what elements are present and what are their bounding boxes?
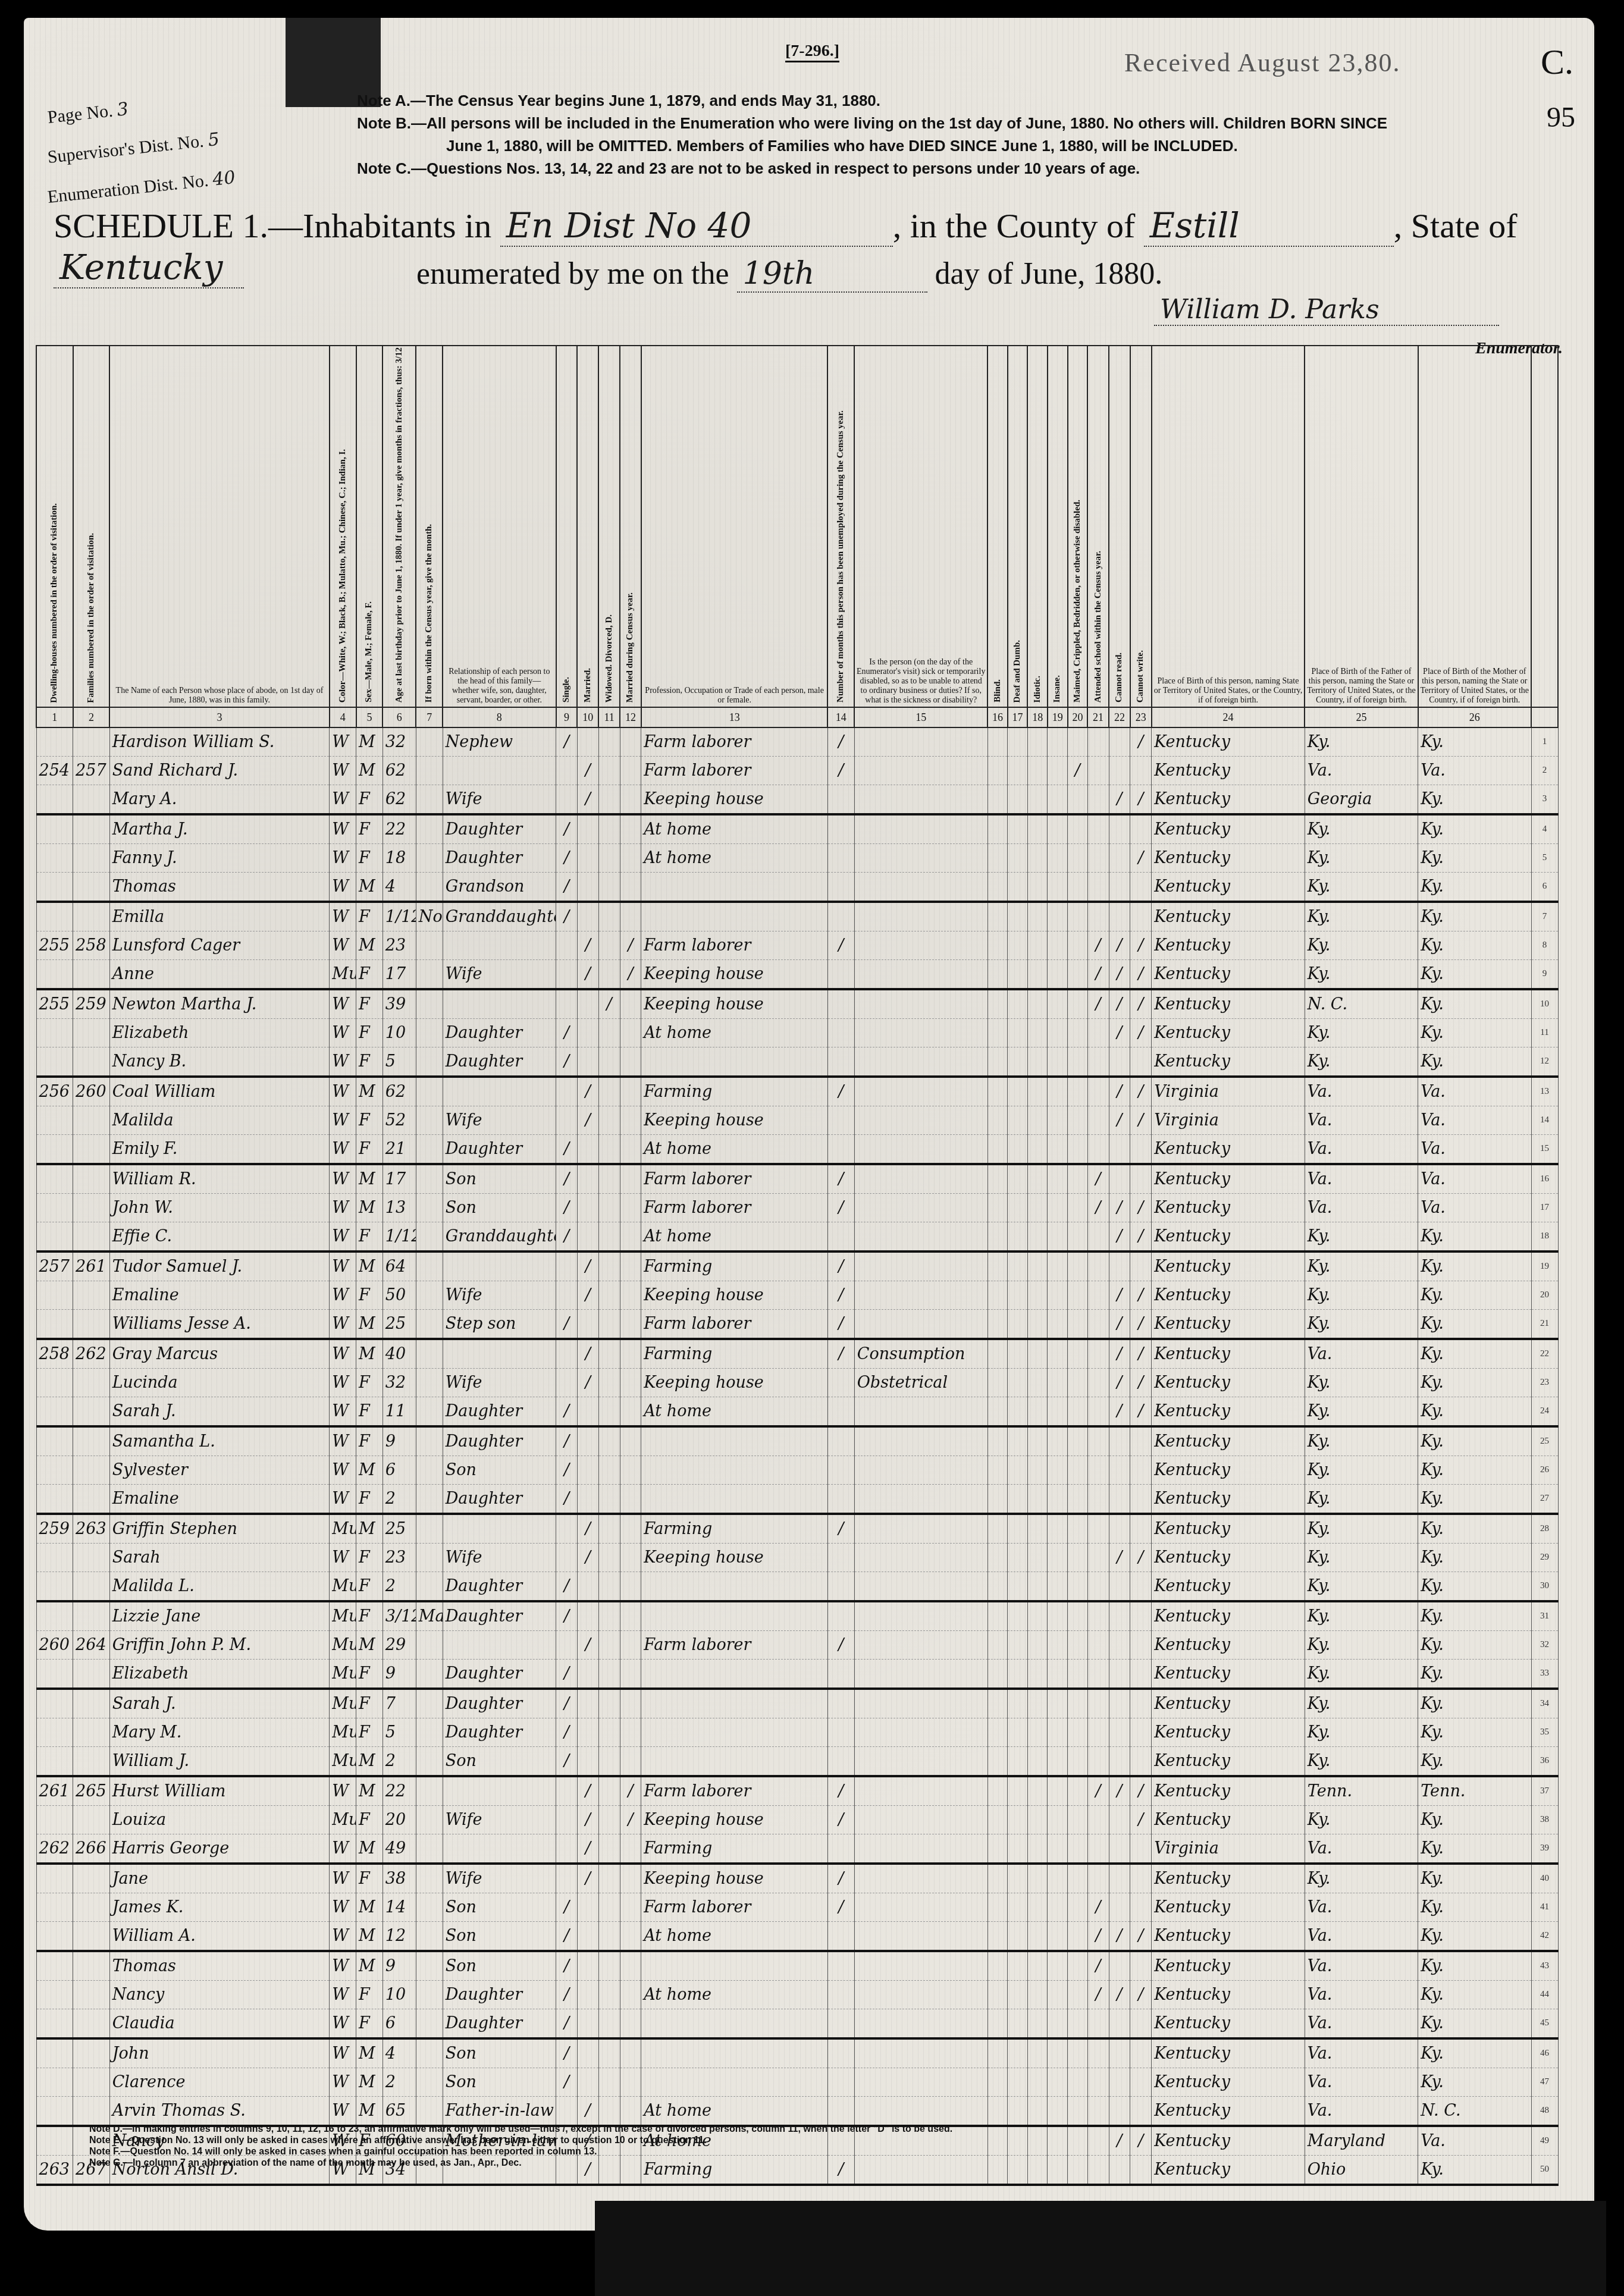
widowed-mark <box>598 960 620 990</box>
dwelling-number <box>36 1019 73 1047</box>
father-birthplace: Ky. <box>1305 1572 1418 1602</box>
married-in-year-mark <box>620 1047 641 1077</box>
months-unemployed <box>827 1718 854 1747</box>
schedule-prefix: SCHEDULE 1.—Inhabitants in <box>54 206 491 245</box>
married-in-year-mark <box>620 1951 641 1981</box>
months-unemployed: / <box>827 1164 854 1194</box>
mother-birthplace: Va. <box>1418 1194 1531 1222</box>
dwelling-number <box>36 960 73 990</box>
married-mark <box>577 1981 598 2009</box>
cannot-write-mark <box>1130 1164 1152 1194</box>
color: W <box>330 1135 356 1165</box>
color: Mu <box>330 1689 356 1718</box>
occupation <box>641 1485 828 1514</box>
blind-mark <box>987 1485 1008 1514</box>
received-stamp: Received August 23,80. <box>1124 48 1400 78</box>
col-header-9: Single. <box>556 346 578 707</box>
occupation: Farm laborer <box>641 931 828 960</box>
person-name: Elizabeth <box>109 1019 330 1047</box>
cannot-write-mark: / <box>1130 844 1152 873</box>
blind-mark <box>987 1572 1008 1602</box>
line-number: 50 <box>1531 2156 1558 2185</box>
cannot-write-mark: / <box>1130 1981 1152 2009</box>
person-name: Fanny J. <box>109 844 330 873</box>
cannot-read-mark: / <box>1109 1019 1130 1047</box>
occupation: Keeping house <box>641 1106 828 1135</box>
cannot-write-mark: / <box>1130 1281 1152 1310</box>
father-birthplace: Ky. <box>1305 1631 1418 1660</box>
line-number: 23 <box>1531 1369 1558 1397</box>
cannot-read-mark <box>1109 1047 1130 1077</box>
single-mark <box>556 1251 578 1281</box>
birthplace: Kentucky <box>1152 844 1305 873</box>
relationship: Daughter <box>443 1689 556 1718</box>
married-mark: / <box>577 1369 598 1397</box>
age: 14 <box>383 1893 416 1922</box>
age: 2 <box>383 1747 416 1777</box>
birth-month <box>416 1951 443 1981</box>
married-in-year-mark <box>620 1426 641 1456</box>
single-mark: / <box>556 1135 578 1165</box>
sickness <box>854 1660 987 1689</box>
relationship <box>443 1514 556 1544</box>
blind-mark <box>987 844 1008 873</box>
idiotic-mark <box>1027 2009 1048 2039</box>
column-number: 7 <box>416 707 443 727</box>
months-unemployed <box>827 1572 854 1602</box>
married-in-year-mark: / <box>620 1776 641 1806</box>
maimed-mark <box>1068 1981 1088 2009</box>
footnote-e: Note E.—Question No. 13 will only be ask… <box>89 2135 952 2146</box>
cannot-read-mark <box>1109 2068 1130 2097</box>
person-name: Nancy <box>109 1981 330 2009</box>
maimed-mark <box>1068 1369 1088 1397</box>
age: 12 <box>383 1922 416 1952</box>
father-birthplace: Va. <box>1305 1951 1418 1981</box>
widowed-mark <box>598 1544 620 1572</box>
school-mark <box>1087 1544 1109 1572</box>
insane-mark <box>1048 844 1068 873</box>
relationship <box>443 1776 556 1806</box>
cannot-write-mark <box>1130 1456 1152 1485</box>
line-number: 11 <box>1531 1019 1558 1047</box>
married-mark <box>577 1019 598 1047</box>
blind-mark <box>987 1106 1008 1135</box>
line-number: 26 <box>1531 1456 1558 1485</box>
age: 20 <box>383 1806 416 1834</box>
widowed-mark <box>598 1135 620 1165</box>
married-in-year-mark <box>620 2038 641 2068</box>
column-number: 2 <box>73 707 110 727</box>
married-in-year-mark <box>620 1194 641 1222</box>
deaf-dumb-mark <box>1008 1339 1028 1369</box>
deaf-dumb-mark <box>1008 1747 1028 1777</box>
age: 7 <box>383 1689 416 1718</box>
father-birthplace: Va. <box>1305 1981 1418 2009</box>
school-mark <box>1087 1485 1109 1514</box>
maimed-mark <box>1068 931 1088 960</box>
insane-mark <box>1048 2097 1068 2126</box>
deaf-dumb-mark <box>1008 844 1028 873</box>
col-header-7: If born within the Census year, give the… <box>416 346 443 707</box>
dwelling-number: 257 <box>36 1251 73 1281</box>
blind-mark <box>987 757 1008 785</box>
widowed-mark <box>598 873 620 902</box>
color: W <box>330 1077 356 1106</box>
school-mark: / <box>1087 1164 1109 1194</box>
school-mark <box>1087 902 1109 931</box>
line-number: 24 <box>1531 1397 1558 1427</box>
birth-month <box>416 1164 443 1194</box>
table-row: Effie C.WF1/12Granddaughter/At home//Ken… <box>36 1222 1558 1252</box>
occupation <box>641 1718 828 1747</box>
cannot-read-mark: / <box>1109 1281 1130 1310</box>
sex: M <box>356 1922 383 1952</box>
idiotic-mark <box>1027 1689 1048 1718</box>
deaf-dumb-mark <box>1008 1456 1028 1485</box>
sex: M <box>356 1514 383 1544</box>
age: 6 <box>383 1456 416 1485</box>
sex: F <box>356 1806 383 1834</box>
married-in-year-mark <box>620 1981 641 2009</box>
color: Mu <box>330 1718 356 1747</box>
idiotic-mark <box>1027 1135 1048 1165</box>
color: W <box>330 1834 356 1864</box>
table-row: JohnWM4Son/KentuckyVa.Ky.46 <box>36 2038 1558 2068</box>
idiotic-mark <box>1027 1951 1048 1981</box>
insane-mark <box>1048 2068 1068 2097</box>
table-row: NancyWF10Daughter/At home///KentuckyVa.K… <box>36 1981 1558 2009</box>
cannot-write-mark <box>1130 1660 1152 1689</box>
sex: F <box>356 902 383 931</box>
maimed-mark <box>1068 1951 1088 1981</box>
birth-month <box>416 1544 443 1572</box>
married-in-year-mark <box>620 1369 641 1397</box>
school-mark <box>1087 1718 1109 1747</box>
months-unemployed <box>827 1981 854 2009</box>
married-mark <box>577 1047 598 1077</box>
family-number <box>73 2009 110 2039</box>
person-name: Hardison William S. <box>109 727 330 757</box>
idiotic-mark <box>1027 727 1048 757</box>
line-number: 3 <box>1531 785 1558 815</box>
birthplace: Kentucky <box>1152 1339 1305 1369</box>
deaf-dumb-mark <box>1008 989 1028 1019</box>
birthplace: Kentucky <box>1152 1864 1305 1893</box>
deaf-dumb-mark <box>1008 902 1028 931</box>
insane-mark <box>1048 1631 1068 1660</box>
insane-mark <box>1048 814 1068 844</box>
mother-birthplace: Ky. <box>1418 1339 1531 1369</box>
blind-mark <box>987 1047 1008 1077</box>
widowed-mark <box>598 1339 620 1369</box>
age: 65 <box>383 2097 416 2126</box>
cannot-write-mark <box>1130 2038 1152 2068</box>
maimed-mark <box>1068 1514 1088 1544</box>
maimed-mark <box>1068 1572 1088 1602</box>
family-number <box>73 1922 110 1952</box>
relationship <box>443 989 556 1019</box>
months-unemployed: / <box>827 1864 854 1893</box>
column-headers: Dwelling-houses numbered in the order of… <box>36 346 1558 707</box>
single-mark: / <box>556 814 578 844</box>
sex: F <box>356 1718 383 1747</box>
father-birthplace: Ky. <box>1305 1310 1418 1340</box>
column-number: 6 <box>383 707 416 727</box>
age: 9 <box>383 1951 416 1981</box>
col-header-6: Age at last birthday prior to June 1, 18… <box>383 346 416 707</box>
family-number <box>73 1047 110 1077</box>
cannot-write-mark <box>1130 1689 1152 1718</box>
sickness <box>854 1135 987 1165</box>
mother-birthplace: Ky. <box>1418 727 1531 757</box>
deaf-dumb-mark <box>1008 1281 1028 1310</box>
married-in-year-mark <box>620 757 641 785</box>
maimed-mark <box>1068 2009 1088 2039</box>
sex: F <box>356 1660 383 1689</box>
color: Mu <box>330 1806 356 1834</box>
school-mark <box>1087 1047 1109 1077</box>
deaf-dumb-mark <box>1008 757 1028 785</box>
idiotic-mark <box>1027 873 1048 902</box>
sex: M <box>356 757 383 785</box>
birthplace: Kentucky <box>1152 1222 1305 1252</box>
deaf-dumb-mark <box>1008 1077 1028 1106</box>
age: 23 <box>383 1544 416 1572</box>
father-birthplace: Ky. <box>1305 1047 1418 1077</box>
insane-mark <box>1048 1806 1068 1834</box>
cannot-read-mark <box>1109 902 1130 931</box>
blind-mark <box>987 1426 1008 1456</box>
birthplace: Kentucky <box>1152 1514 1305 1544</box>
age: 23 <box>383 931 416 960</box>
relationship: Wife <box>443 1864 556 1893</box>
occupation <box>641 873 828 902</box>
insane-mark <box>1048 1164 1068 1194</box>
occupation: Keeping house <box>641 989 828 1019</box>
mother-birthplace: Va. <box>1418 1164 1531 1194</box>
idiotic-mark <box>1027 1426 1048 1456</box>
line-number: 13 <box>1531 1077 1558 1106</box>
line-number: 22 <box>1531 1339 1558 1369</box>
sickness <box>854 1834 987 1864</box>
maimed-mark <box>1068 1281 1088 1310</box>
person-name: Martha J. <box>109 814 330 844</box>
widowed-mark <box>598 1047 620 1077</box>
line-number: 14 <box>1531 1106 1558 1135</box>
maimed-mark <box>1068 727 1088 757</box>
months-unemployed: / <box>827 727 854 757</box>
sex: M <box>356 1310 383 1340</box>
blind-mark <box>987 1369 1008 1397</box>
single-mark <box>556 1281 578 1310</box>
dwelling-number: 263 <box>36 2156 73 2185</box>
table-row: 254257Sand Richard J.WM62/Farm laborer//… <box>36 757 1558 785</box>
married-mark <box>577 1922 598 1952</box>
family-number <box>73 814 110 844</box>
birth-month <box>416 1310 443 1340</box>
widowed-mark <box>598 1077 620 1106</box>
school-mark <box>1087 844 1109 873</box>
table-row: 262266Harris GeorgeWM49/FarmingVirginiaV… <box>36 1834 1558 1864</box>
family-number: 265 <box>73 1776 110 1806</box>
enumerated-suffix: day of June, 1880. <box>935 257 1163 291</box>
color: W <box>330 785 356 815</box>
table-row: William A.WM12Son/At home///KentuckyVa.K… <box>36 1922 1558 1952</box>
relationship: Daughter <box>443 844 556 873</box>
footnote-d: Note D.—In making entries in columns 9, … <box>89 2124 952 2135</box>
occupation: Farming <box>641 1251 828 1281</box>
maimed-mark <box>1068 1776 1088 1806</box>
married-in-year-mark <box>620 1572 641 1602</box>
idiotic-mark <box>1027 1922 1048 1952</box>
single-mark: / <box>556 1718 578 1747</box>
column-number: 12 <box>620 707 641 727</box>
cannot-read-mark: / <box>1109 1339 1130 1369</box>
school-mark: / <box>1087 1981 1109 2009</box>
age: 62 <box>383 785 416 815</box>
sex: F <box>356 1369 383 1397</box>
cannot-read-mark: / <box>1109 1077 1130 1106</box>
deaf-dumb-mark <box>1008 2068 1028 2097</box>
insane-mark <box>1048 1281 1068 1310</box>
blind-mark <box>987 931 1008 960</box>
cannot-write-mark <box>1130 1631 1152 1660</box>
school-mark <box>1087 2038 1109 2068</box>
idiotic-mark <box>1027 1485 1048 1514</box>
cannot-write-mark: / <box>1130 1019 1152 1047</box>
father-birthplace: Ky. <box>1305 902 1418 931</box>
line-number: 35 <box>1531 1718 1558 1747</box>
maimed-mark <box>1068 1456 1088 1485</box>
married-in-year-mark <box>620 1631 641 1660</box>
married-mark <box>577 1572 598 1602</box>
maimed-mark <box>1068 960 1088 990</box>
widowed-mark <box>598 814 620 844</box>
age: 22 <box>383 1776 416 1806</box>
line-number: 32 <box>1531 1631 1558 1660</box>
months-unemployed: / <box>827 1077 854 1106</box>
birth-month <box>416 727 443 757</box>
idiotic-mark <box>1027 1601 1048 1631</box>
relationship: Step son <box>443 1310 556 1340</box>
father-birthplace: Ky. <box>1305 873 1418 902</box>
dwelling-number: 262 <box>36 1834 73 1864</box>
col-header-23: Cannot write. <box>1130 346 1152 707</box>
single-mark: / <box>556 1397 578 1427</box>
enumeration-label: Enumeration Dist. No. <box>46 171 209 207</box>
mother-birthplace: Ky. <box>1418 1922 1531 1952</box>
widowed-mark <box>598 1456 620 1485</box>
occupation: Keeping house <box>641 1281 828 1310</box>
sex: F <box>356 989 383 1019</box>
dwelling-number <box>36 902 73 931</box>
single-mark <box>556 1631 578 1660</box>
line-number: 40 <box>1531 1864 1558 1893</box>
single-mark <box>556 989 578 1019</box>
insane-mark <box>1048 1369 1068 1397</box>
months-unemployed <box>827 2068 854 2097</box>
maimed-mark <box>1068 1601 1088 1631</box>
widowed-mark <box>598 1981 620 2009</box>
table-row: Samantha L.WF9Daughter/KentuckyKy.Ky.25 <box>36 1426 1558 1456</box>
cannot-write-mark: / <box>1130 1544 1152 1572</box>
state-label: , State of <box>1394 206 1518 245</box>
father-birthplace: Va. <box>1305 1106 1418 1135</box>
insane-mark <box>1048 1310 1068 1340</box>
single-mark: / <box>556 1922 578 1952</box>
father-birthplace: Ky. <box>1305 1281 1418 1310</box>
person-name: Louiza <box>109 1806 330 1834</box>
family-number <box>73 1106 110 1135</box>
color: W <box>330 727 356 757</box>
occupation: Keeping house <box>641 785 828 815</box>
months-unemployed <box>827 1485 854 1514</box>
married-mark <box>577 1310 598 1340</box>
family-number <box>73 1806 110 1834</box>
insane-mark <box>1048 931 1068 960</box>
deaf-dumb-mark <box>1008 1369 1028 1397</box>
married-in-year-mark <box>620 1339 641 1369</box>
relationship: Son <box>443 1893 556 1922</box>
cannot-write-mark: / <box>1130 1222 1152 1252</box>
sickness <box>854 960 987 990</box>
cannot-read-mark <box>1109 1864 1130 1893</box>
insane-mark <box>1048 1194 1068 1222</box>
mother-birthplace: Ky. <box>1418 814 1531 844</box>
occupation: At home <box>641 2097 828 2126</box>
birthplace: Kentucky <box>1152 1776 1305 1806</box>
mother-birthplace: Ky. <box>1418 785 1531 815</box>
person-name: Tudor Samuel J. <box>109 1251 330 1281</box>
table-row: Sarah J.MuF7Daughter/KentuckyKy.Ky.34 <box>36 1689 1558 1718</box>
blind-mark <box>987 2126 1008 2156</box>
maimed-mark <box>1068 844 1088 873</box>
deaf-dumb-mark <box>1008 1806 1028 1834</box>
idiotic-mark <box>1027 1834 1048 1864</box>
table-row: 256260Coal WilliamWM62/Farming///Virgini… <box>36 1077 1558 1106</box>
age: 9 <box>383 1660 416 1689</box>
dwelling-number <box>36 1718 73 1747</box>
school-mark <box>1087 1281 1109 1310</box>
birth-month <box>416 1981 443 2009</box>
mother-birthplace: Va. <box>1418 1077 1531 1106</box>
sickness <box>854 1631 987 1660</box>
relationship: Wife <box>443 1806 556 1834</box>
idiotic-mark <box>1027 1864 1048 1893</box>
birth-month <box>416 1456 443 1485</box>
family-number: 262 <box>73 1339 110 1369</box>
cannot-write-mark <box>1130 902 1152 931</box>
family-number: 261 <box>73 1251 110 1281</box>
married-in-year-mark <box>620 902 641 931</box>
deaf-dumb-mark <box>1008 960 1028 990</box>
table-row: Martha J.WF22Daughter/At homeKentuckyKy.… <box>36 814 1558 844</box>
single-mark: / <box>556 1572 578 1602</box>
sickness <box>854 1806 987 1834</box>
state-value: Kentucky <box>54 247 244 288</box>
single-mark: / <box>556 1222 578 1252</box>
months-unemployed <box>827 1019 854 1047</box>
cannot-read-mark: / <box>1109 1194 1130 1222</box>
father-birthplace: N. C. <box>1305 989 1418 1019</box>
family-number <box>73 1981 110 2009</box>
school-mark <box>1087 1106 1109 1135</box>
person-name: Jane <box>109 1864 330 1893</box>
occupation: Farming <box>641 1339 828 1369</box>
idiotic-mark <box>1027 1369 1048 1397</box>
married-in-year-mark <box>620 1864 641 1893</box>
